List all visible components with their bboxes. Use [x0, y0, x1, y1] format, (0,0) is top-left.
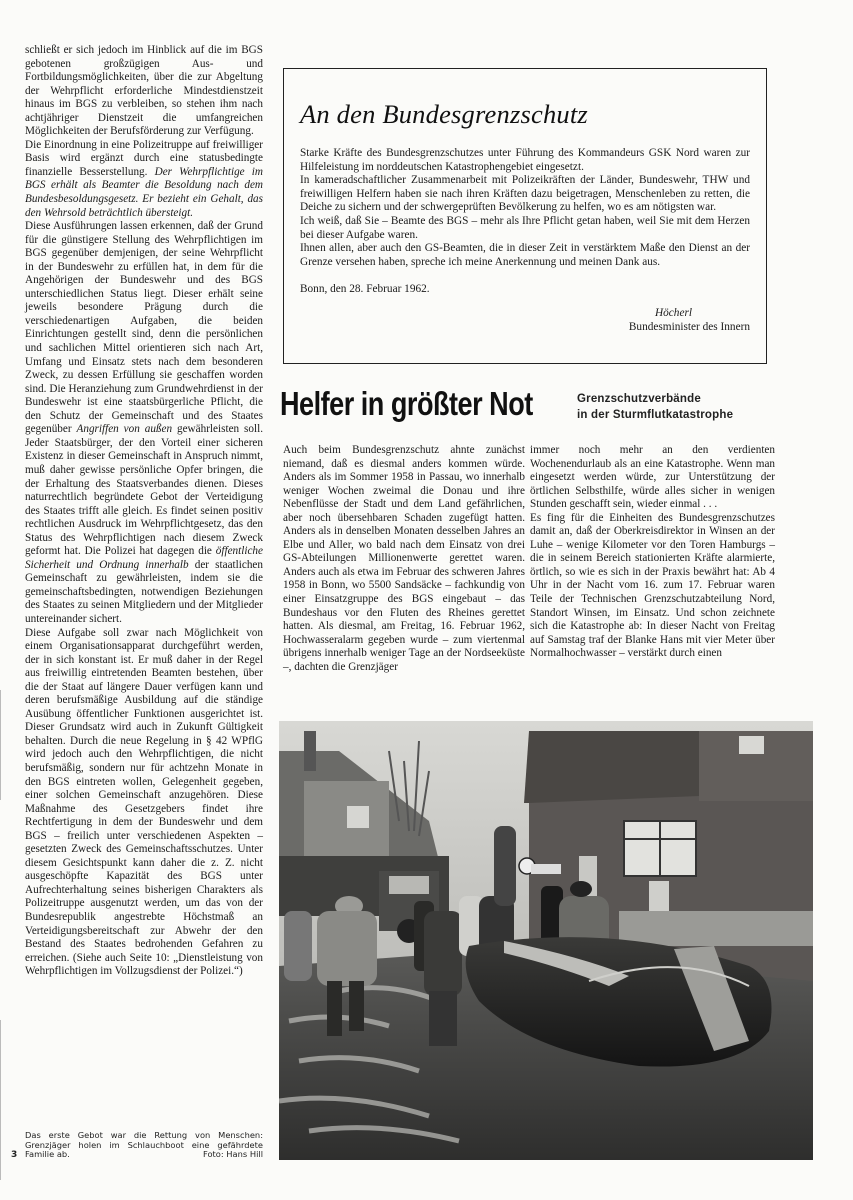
paragraph: Ich weiß, daß Sie – Beamte des BGS – meh…	[300, 215, 750, 242]
flood-rescue-photo	[279, 721, 813, 1160]
paragraph: Ihnen allen, aber auch den GS-Beamten, d…	[300, 242, 750, 269]
paragraph: Diese Ausführungen lassen erkennen, daß …	[25, 220, 263, 626]
scan-margin-mark	[0, 690, 1, 800]
paragraph: schließt er sich jedoch im Hinblick auf …	[25, 44, 263, 139]
photo-caption: Das erste Gebot war die Rettung von Mens…	[25, 1131, 263, 1160]
paragraph: Diese Aufgabe soll zwar nach Möglichkeit…	[25, 627, 263, 979]
proclamation-title: An den Bundesgrenzschutz	[300, 99, 750, 129]
article-column-3: immer noch mehr an den verdienten Wochen…	[530, 444, 775, 661]
signature-role: Bundesminister des Innern	[300, 321, 750, 335]
paragraph: Auch beim Bundesgrenzschutz ahnte zunäch…	[283, 444, 525, 674]
scan-margin-mark	[0, 1020, 1, 1180]
proclamation-body: Starke Kräfte des Bundesgrenzschutzes un…	[300, 147, 750, 334]
paragraph: Die Einordnung in eine Polizeitruppe auf…	[25, 139, 263, 220]
photo-credit: Foto: Hans Hill	[203, 1150, 263, 1160]
photo-illustration	[279, 721, 813, 1160]
page-number: 3	[11, 1150, 17, 1160]
proclamation-date: Bonn, den 28. Februar 1962.	[300, 283, 750, 297]
signature-block: Höcherl Bundesminister des Innern	[300, 307, 750, 334]
paragraph: In kameradschaftlicher Zusammenarbeit mi…	[300, 174, 750, 215]
paragraph: Es fing für die Einheiten des Bundesgren…	[530, 512, 775, 661]
italic-emphasis: Angriffen von außen	[77, 423, 173, 435]
article-headline: Helfer in größter Not	[280, 384, 533, 424]
signature-name: Höcherl	[300, 307, 750, 321]
article-column-2: Auch beim Bundesgrenzschutz ahnte zunäch…	[283, 444, 525, 674]
left-column-text: schließt er sich jedoch im Hinblick auf …	[25, 44, 263, 979]
proclamation-box: An den Bundesgrenzschutz Starke Kräfte d…	[283, 68, 767, 364]
paragraph: immer noch mehr an den verdienten Wochen…	[530, 444, 775, 512]
paragraph: Starke Kräfte des Bundesgrenzschutzes un…	[300, 147, 750, 174]
article-subheadline: Grenzschutzverbände in der Sturmflutkata…	[577, 391, 733, 423]
